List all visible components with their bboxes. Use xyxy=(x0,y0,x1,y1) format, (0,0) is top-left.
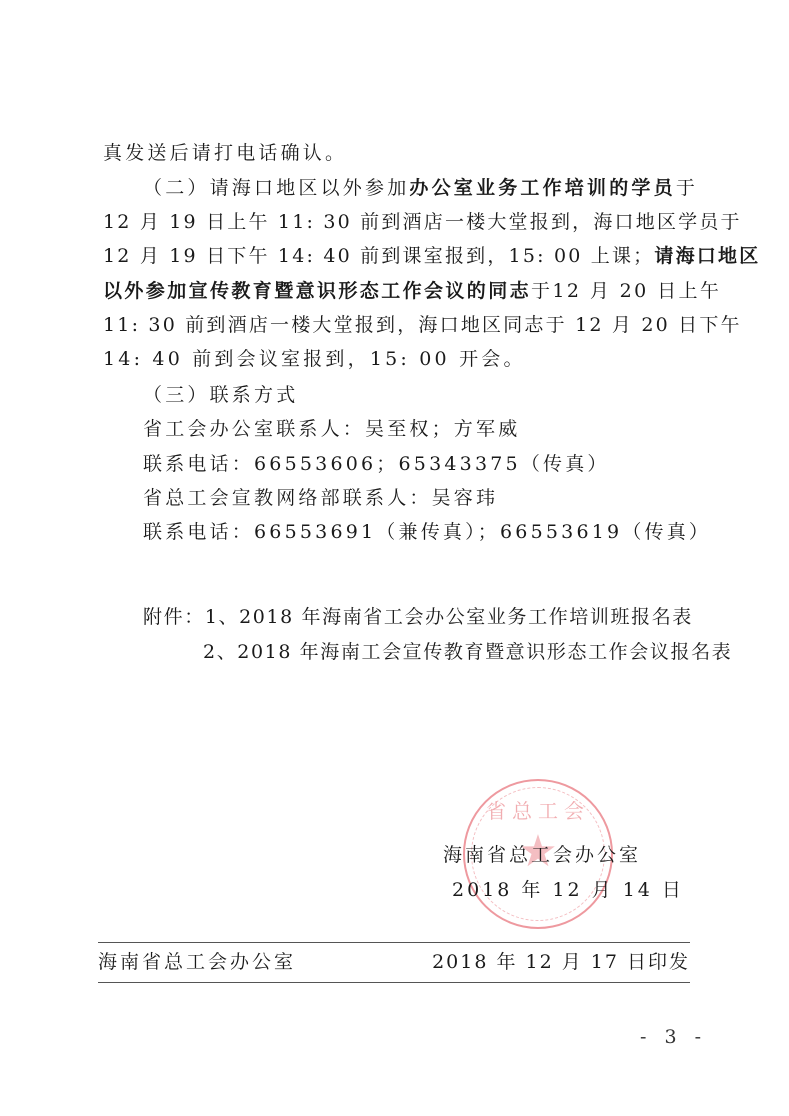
attachment-label: 附件： xyxy=(143,606,205,628)
para2-prefix: （二）请海口地区以外参加 xyxy=(143,177,409,199)
para2-line-3: 12 月 19 日下午 14: 40 前到课室报到，15: 00 上课；请海口地… xyxy=(103,244,760,268)
page-number: - 3 - xyxy=(640,1026,707,1048)
para2-l4-text: 于12 月 20 日上午 xyxy=(531,280,721,302)
footer-issue-date: 2018 年 12 月 17 日印发 xyxy=(432,950,690,974)
footer-top-rule xyxy=(98,942,690,943)
para2-line-5: 11: 30 前到酒店一楼大堂报到，海口地区同志于 12 月 20 日下午 xyxy=(103,313,742,337)
para2-line-6: 14: 40 前到会议室报到，15: 00 开会。 xyxy=(103,347,526,371)
contact-heading: （三）联系方式 xyxy=(143,383,298,407)
propaganda-phone: 联系电话：66553691（兼传真）；66553619（传真） xyxy=(143,520,711,544)
para2-line-4: 以外参加宣传教育暨意识形态工作会议的同志于12 月 20 日上午 xyxy=(103,279,721,303)
office-phone: 联系电话：66553606；65343375（传真） xyxy=(143,452,610,476)
seal-text: 省总工会 xyxy=(465,795,611,824)
attachment-line-1: 附件：1、2018 年海南省工会办公室业务工作培训班报名表 xyxy=(143,605,693,629)
footer-bottom-rule xyxy=(98,982,690,983)
para2-bold-training: 办公室业务工作培训的学员 xyxy=(409,177,675,199)
footer-issuer: 海南省总工会办公室 xyxy=(98,950,296,974)
para2-l3-text: 12 月 19 日下午 14: 40 前到课室报到，15: 00 上课； xyxy=(103,245,654,267)
signature-date: 2018 年 12 月 14 日 xyxy=(452,878,684,902)
body-line-1: 真发送后请打电话确认。 xyxy=(103,141,347,165)
para2-l3-bold: 请海口地区 xyxy=(654,245,760,267)
signature-org: 海南省总工会办公室 xyxy=(443,843,641,867)
propaganda-contact: 省总工会宣教网络部联系人：吴容玮 xyxy=(143,486,498,510)
para2-l4-bold: 以外参加宣传教育暨意识形态工作会议的同志 xyxy=(103,280,531,302)
para2-suffix: 于 xyxy=(676,177,698,199)
attachment-item-2: 2、2018 年海南工会宣传教育暨意识形态工作会议报名表 xyxy=(203,640,732,664)
para2-line-2: 12 月 19 日上午 11: 30 前到酒店一楼大堂报到，海口地区学员于 xyxy=(103,210,742,234)
para2-line-1: （二）请海口地区以外参加办公室业务工作培训的学员于 xyxy=(143,176,698,200)
office-contact: 省工会办公室联系人：吴至权；方军威 xyxy=(143,417,520,441)
attachment-item-1: 1、2018 年海南省工会办公室业务工作培训班报名表 xyxy=(205,606,693,628)
